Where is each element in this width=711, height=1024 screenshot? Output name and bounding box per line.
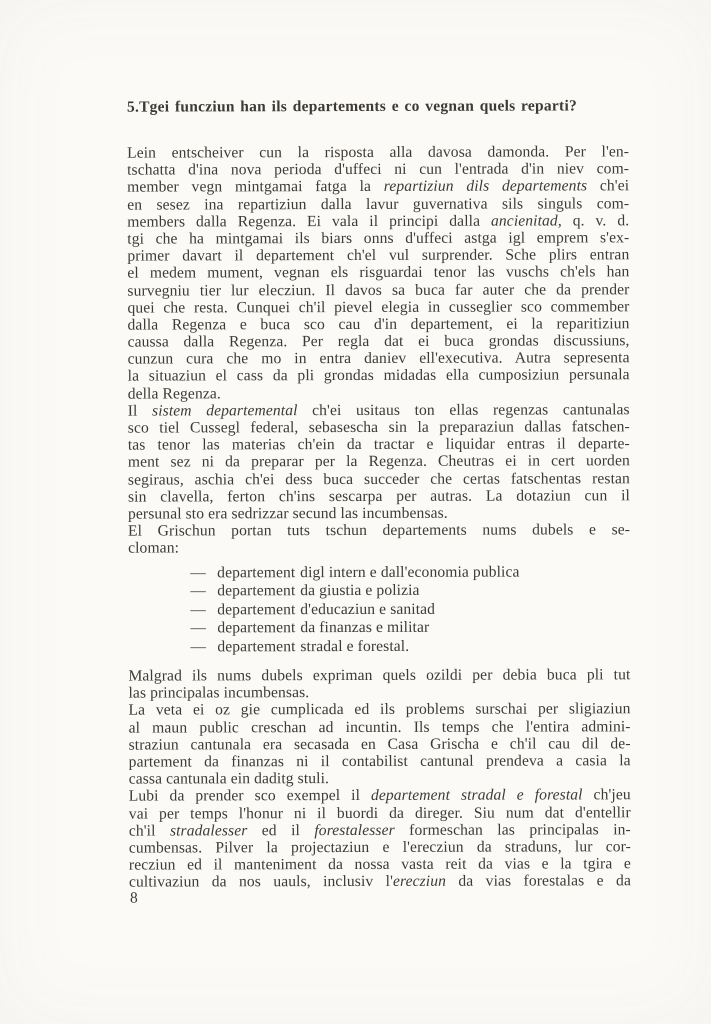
text-line: sin clavella, ferton ch'ins sescarpa per… [128,487,630,506]
text-line: cloman: [128,539,630,558]
list-item: —departementdigl intern e dall'economia … [190,563,630,583]
text-line: La veta ei oz gie cumplicada ed ils prob… [128,701,630,720]
paragraph: Lubi da prender sco exempel il departeme… [129,787,631,891]
list-item-text: d'educaziun e sanitad [300,600,435,617]
list-item-text: da finanzas e militar [300,619,429,636]
text-line: cultivaziun da nos uauls, inclusiv l'ere… [129,873,631,892]
list-item: —departementstradal e forestal. [190,637,630,657]
list-item-prefix: departement [217,638,300,657]
text-line: segiraus, aschia ch'ei dess buca succede… [128,470,630,489]
text-line: vai per temps l'honur ni il buordi da di… [129,804,631,823]
text-line: straziun cantunala era secasada en Casa … [129,735,631,754]
list-item-text: stradal e forestal. [300,637,409,654]
text-line: ch'il stradalesser ed il forestalesser f… [129,821,631,840]
text-line: la situaziun el cass da pli grondas mida… [128,367,630,386]
dash-bullet: — [190,582,217,601]
text-line: primer davart il departement ch'el vul s… [127,246,629,265]
text-line: las principalas incumbensas. [128,683,630,702]
text-line: caussa dalla Regenza. Per regla dat ei b… [128,332,630,351]
page-content: 5.Tgei funcziun han ils departements e c… [0,0,711,1024]
list-item-text: digl intern e dall'economia publica [300,563,519,581]
paragraph: La veta ei oz gie cumplicada ed ils prob… [128,701,630,788]
text-line: sco tiel Cussegl federal, sebasescha sin… [128,418,630,437]
paragraph: El Grischun portan tuts tschun departeme… [128,521,630,557]
section-heading: 5.Tgei funcziun han ils departements e c… [127,96,639,116]
text-line: partement da finanzas ni il contabilist … [129,752,631,771]
list-item-prefix: departement [217,582,300,601]
list-item: —departementda giustia e polizia [190,581,630,601]
text-line: cumbensas. Pilver la projectaziun e l'er… [129,838,631,857]
text-line: cunzun cura che mo in entra daniev ell'e… [128,350,630,369]
book-page: 5.Tgei funcziun han ils departements e c… [0,0,711,1024]
text-line: cassa cantunala ein daditg stuli. [129,769,631,788]
text-line: members dalla Regenza. Ei vala il princi… [127,212,629,231]
list-item: —departementda finanzas e militar [190,618,630,638]
paragraph: Lein entscheiver cun la risposta alla da… [127,143,630,402]
text-line: member vegn mintgamai fatga la repartizi… [127,178,629,197]
dash-bullet: — [190,619,217,638]
text-line: persunal sto era sedrizzar secund las in… [128,504,630,523]
dash-bullet: — [190,638,217,657]
text-line: tgi che ha mintgamai ils biars onns d'uf… [127,229,629,248]
text-line: ment sez ni da preparar per la Regenza. … [128,453,630,472]
paragraph: Malgrad ils nums dubels expriman quels o… [128,666,630,702]
text-line: el medem mument, vegnan els risguardai t… [127,264,629,283]
text-line: Malgrad ils nums dubels expriman quels o… [128,666,630,685]
text-line: Lubi da prender sco exempel il departeme… [129,787,631,806]
dash-bullet: — [190,564,217,583]
text-line: tas tenor las materias ch'ein da tractar… [128,435,630,454]
text-line: della Regenza. [128,384,630,403]
body-text: Lein entscheiver cun la risposta alla da… [127,143,631,891]
paragraph: Il sistem departemental ch'ei usitaus to… [128,401,630,523]
text-line: al maun public creschan ad incuntin. Ils… [129,718,631,737]
text-line: dalla Regenza e buca sco cau d'in depart… [127,315,629,334]
dash-bullet: — [190,601,217,620]
list-item: —departementd'educaziun e sanitad [190,600,630,620]
list-item-prefix: departement [217,601,300,620]
text-line: recziun ed il manteniment da nossa vasta… [129,855,631,874]
list-item-text: da giustia e polizia [300,582,419,599]
text-line: Il sistem departemental ch'ei usitaus to… [128,401,630,420]
text-line: survegniu tier lur elecziun. Il davos sa… [127,281,629,300]
text-line: Lein entscheiver cun la risposta alla da… [127,143,629,162]
text-line: quei che resta. Cunquei ch'il pievel ele… [127,298,629,317]
text-line: El Grischun portan tuts tschun departeme… [128,521,630,540]
page-number: 8 [130,890,138,908]
list-item-prefix: departement [217,619,300,638]
department-list: —departementdigl intern e dall'economia … [190,563,630,657]
list-item-prefix: departement [217,564,300,583]
text-line: en sesez ina repartiziun dalla lavur guv… [127,195,629,214]
text-line: tschatta d'ina nova perioda d'uffeci ni … [127,160,629,179]
